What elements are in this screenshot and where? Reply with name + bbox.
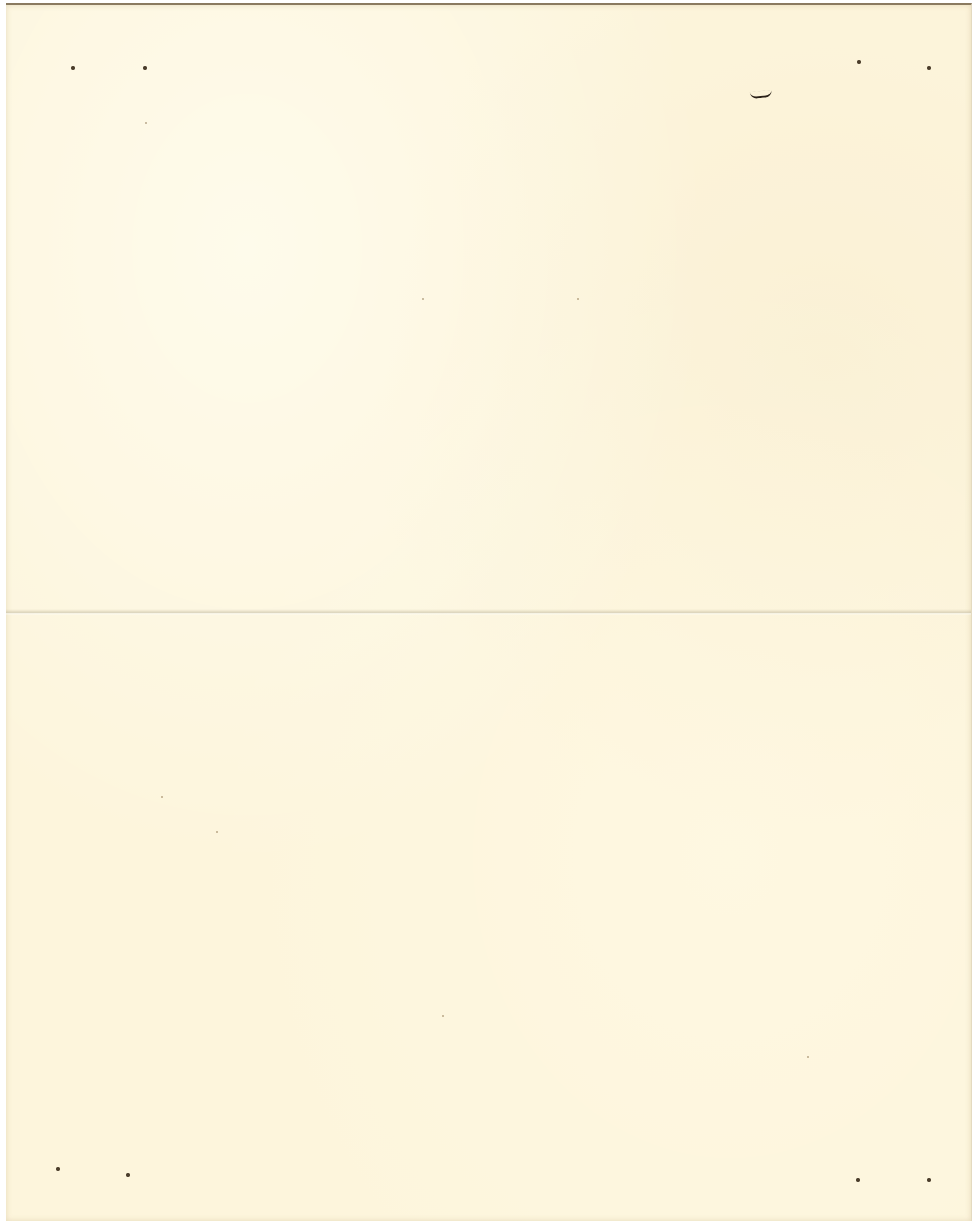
horizontal-fold-crease [6, 609, 971, 615]
pinhole-bottom-right-2 [927, 1178, 931, 1182]
paper-speck [161, 796, 163, 798]
pinhole-top-right-1 [857, 60, 861, 64]
pinhole-top-left-1 [71, 66, 75, 70]
pinhole-bottom-left-1 [56, 1167, 60, 1171]
paper-speck [577, 298, 579, 300]
pinhole-bottom-left-2 [126, 1173, 130, 1177]
ink-mark [750, 90, 773, 99]
paper-speck [442, 1015, 444, 1017]
pinhole-top-left-2 [143, 66, 147, 70]
paper-speck [807, 1056, 809, 1058]
pinhole-top-right-2 [927, 66, 931, 70]
paper-speck [422, 298, 424, 300]
paper-speck [145, 122, 147, 124]
paper-speck [216, 831, 218, 833]
pinhole-bottom-right-1 [856, 1178, 860, 1182]
blank-paper-sheet [6, 3, 972, 1221]
